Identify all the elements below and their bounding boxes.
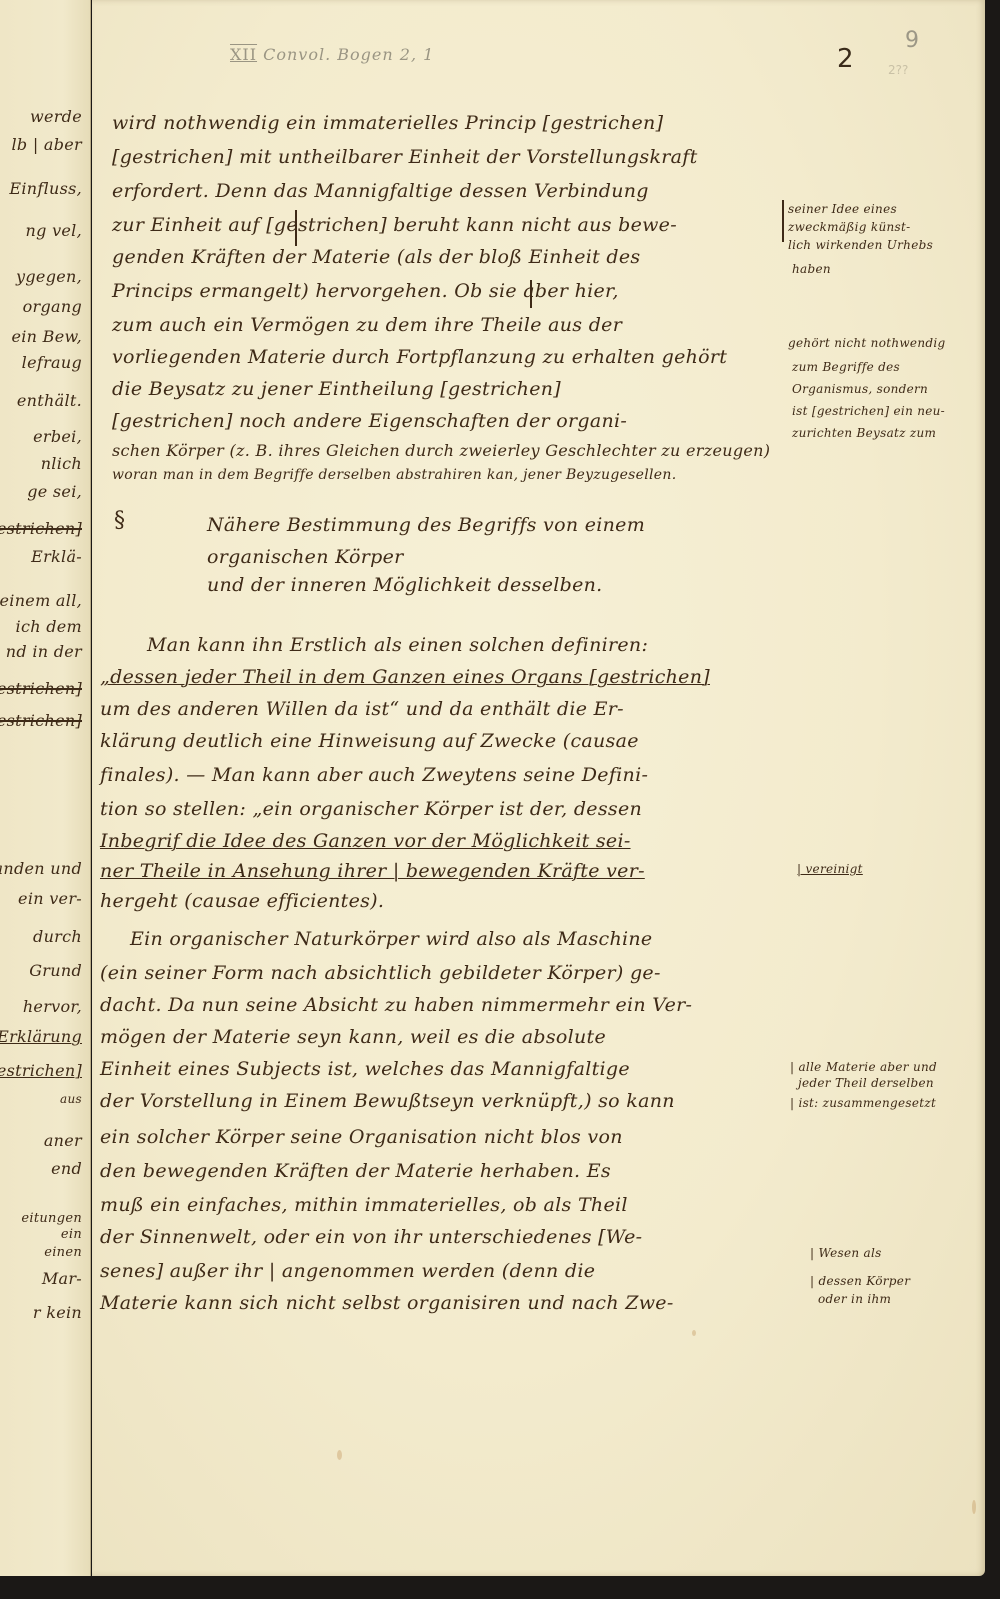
text-line: Man kann ihn Erstlich als einen solchen … bbox=[147, 634, 648, 656]
section-heading-line: Nähere Bestimmung des Begriffs von einem bbox=[207, 514, 645, 536]
text-line: mögen der Materie seyn kann, weil es die… bbox=[100, 1026, 606, 1048]
archive-roman-numeral: XII bbox=[230, 45, 257, 64]
text-line: die Beysatz zu jener Eintheilung [gestri… bbox=[112, 378, 561, 400]
left-fragment-line: ein bbox=[61, 1226, 82, 1244]
margin-note-line: | dessen Körper bbox=[810, 1274, 910, 1289]
text-line: Princips ermangelt) hervorgehen. Ob sie … bbox=[112, 280, 619, 302]
text-line: [gestrichen] noch andere Eigenschaften d… bbox=[112, 410, 627, 432]
text-line: muß ein einfaches, mithin immaterielles,… bbox=[100, 1194, 628, 1216]
text-line: „dessen jeder Theil in dem Ganzen eines … bbox=[100, 666, 710, 688]
left-fragment-line: hervor, bbox=[23, 998, 82, 1016]
scan-border-bottom bbox=[0, 1576, 1000, 1599]
margin-note-line: zweckmäßig künst- bbox=[788, 220, 910, 235]
text-line: ein solcher Körper seine Organisation ni… bbox=[100, 1126, 623, 1148]
left-fragment-line: nd in der bbox=[6, 643, 82, 661]
text-line: Materie kann sich nicht selbst organisir… bbox=[100, 1292, 674, 1314]
text-line: (ein seiner Form nach absichtlich gebild… bbox=[100, 962, 661, 984]
left-fragment-line: r kein bbox=[33, 1304, 82, 1322]
text-line: schen Körper (z. B. ihres Gleichen durch… bbox=[112, 440, 770, 462]
insertion-mark bbox=[530, 280, 532, 308]
margin-note-line: jeder Theil derselben bbox=[798, 1076, 934, 1091]
insertion-mark bbox=[782, 200, 784, 242]
margin-note-line: zurichten Beysatz zum bbox=[792, 426, 936, 441]
faint-pencil-mark: 2?? bbox=[888, 63, 908, 77]
text-line: Inbegrif die Idee des Ganzen vor der Mög… bbox=[100, 830, 631, 852]
left-fragment-line: [gestrichen] bbox=[0, 680, 82, 698]
text-line: Einheit eines Subjects ist, welches das … bbox=[100, 1058, 630, 1080]
margin-note-line: seiner Idee eines bbox=[788, 202, 897, 217]
left-fragment-line: ein Bew, bbox=[12, 328, 83, 346]
text-line: um des anderen Willen da ist“ und da ent… bbox=[100, 698, 624, 720]
margin-note-line: ist [gestrichen] ein neu- bbox=[792, 404, 945, 419]
left-fragment-line: ng vel, bbox=[26, 222, 82, 240]
text-line: Ein organischer Naturkörper wird also al… bbox=[130, 928, 652, 950]
text-line: vorliegenden Materie durch Fortpflanzung… bbox=[112, 346, 727, 368]
margin-note-line: | ist: zusammengesetzt bbox=[790, 1096, 936, 1111]
folio-number: 9 bbox=[905, 28, 919, 53]
left-fragment-line: ich dem bbox=[16, 618, 82, 636]
margin-note-line: lich wirkenden Urhebs bbox=[788, 238, 933, 253]
margin-note-line: haben bbox=[792, 262, 831, 277]
text-line: [gestrichen] mit untheilbarer Einheit de… bbox=[112, 146, 698, 168]
section-sign: § bbox=[114, 508, 125, 533]
left-fragment-line: erbei, bbox=[33, 428, 82, 446]
text-line: finales). — Man kann aber auch Zweytens … bbox=[100, 764, 648, 786]
left-fragment-line: aner bbox=[44, 1132, 82, 1150]
text-line: den bewegenden Kräften der Materie herha… bbox=[100, 1160, 611, 1182]
text-line: woran man in dem Begriffe derselben abst… bbox=[112, 464, 676, 486]
left-fragment-line: durch bbox=[33, 928, 82, 946]
margin-note-line: | Wesen als bbox=[810, 1246, 882, 1261]
left-fragment-line: Mar- bbox=[42, 1270, 82, 1288]
text-line: wird nothwendig ein immaterielles Princi… bbox=[112, 112, 663, 134]
margin-note-line: zum Begriffe des bbox=[792, 360, 900, 375]
text-line: erfordert. Denn das Mannigfaltige dessen… bbox=[112, 180, 649, 202]
left-fragment-line: [gestrichen] bbox=[0, 1062, 82, 1080]
text-line: genden Kräften der Materie (als der bloß… bbox=[112, 246, 640, 268]
text-line: tion so stellen: „ein organischer Körper… bbox=[100, 798, 642, 820]
section-heading-line: organischen Körper bbox=[207, 546, 404, 568]
left-fragment-line: Erklärung bbox=[0, 1028, 82, 1046]
left-fragment-line: aus bbox=[60, 1090, 82, 1108]
margin-note-line: | vereinigt bbox=[797, 862, 863, 877]
left-fragment-line: lefraug bbox=[22, 354, 82, 372]
left-fragment-line: end bbox=[51, 1160, 82, 1178]
left-fragment-line: Einfluss, bbox=[9, 180, 82, 198]
left-fragment-line: enthält. bbox=[17, 392, 82, 410]
archive-label: XII Convol. Bogen 2, 1 bbox=[230, 45, 434, 64]
paper-stain bbox=[972, 1500, 976, 1514]
text-line: der Vorstellung in Einem Bewußtseyn verk… bbox=[100, 1090, 675, 1112]
left-fragment-line: [gestrichen] bbox=[0, 712, 82, 730]
paper-stain bbox=[337, 1450, 342, 1460]
margin-note-line: oder in ihm bbox=[818, 1292, 891, 1307]
left-fragment-line: ein ver- bbox=[18, 890, 82, 908]
text-line: dacht. Da nun seine Absicht zu haben nim… bbox=[100, 994, 692, 1016]
left-fragment-line: organg bbox=[23, 298, 82, 316]
left-fragment-line: werde bbox=[30, 108, 82, 126]
text-line: klärung deutlich eine Hinweisung auf Zwe… bbox=[100, 730, 639, 752]
left-fragment-line: wanden und bbox=[0, 860, 82, 878]
page-number: 2 bbox=[837, 44, 854, 74]
left-fragment-line: Erklä- bbox=[31, 548, 82, 566]
text-line: ner Theile in Ansehung ihrer | bewegende… bbox=[100, 860, 645, 882]
scan-border-right bbox=[985, 0, 1000, 1599]
margin-note-line: gehört nicht nothwendig bbox=[788, 336, 945, 351]
margin-note-line: | alle Materie aber und bbox=[790, 1060, 937, 1075]
margin-note-line: Organismus, sondern bbox=[792, 382, 928, 397]
archive-label-text: Convol. Bogen 2, 1 bbox=[263, 45, 434, 64]
left-fragment-line: ygegen, bbox=[16, 268, 82, 286]
left-fragment-line: nlich bbox=[41, 455, 82, 473]
paper-stain bbox=[692, 1330, 696, 1336]
left-fragment-line: einen bbox=[44, 1244, 82, 1262]
manuscript-page: XII Convol. Bogen 2, 1 2 9 2?? wird noth… bbox=[92, 0, 985, 1576]
text-line: der Sinnenwelt, oder ein von ihr untersc… bbox=[100, 1226, 642, 1248]
left-fragment-line: lb | aber bbox=[11, 136, 82, 154]
text-line: zum auch ein Vermögen zu dem ihre Theile… bbox=[112, 314, 622, 336]
left-fragment-line: [gestrichen] bbox=[0, 520, 82, 538]
left-page-fragment: werde lb | aber Einfluss, ng vel, ygegen… bbox=[0, 0, 91, 1576]
section-heading-line: und der inneren Möglichkeit desselben. bbox=[207, 574, 603, 596]
left-fragment-line: ge sei, bbox=[27, 483, 82, 501]
left-fragment-line: Grund bbox=[29, 962, 82, 980]
left-fragment-line: einem all, bbox=[0, 592, 82, 610]
insertion-mark bbox=[295, 210, 297, 246]
text-line: senes] außer ihr | angenommen werden (de… bbox=[100, 1260, 595, 1282]
text-line: hergeht (causae efficientes). bbox=[100, 890, 384, 912]
text-line: zur Einheit auf [gestrichen] beruht kann… bbox=[112, 214, 677, 236]
